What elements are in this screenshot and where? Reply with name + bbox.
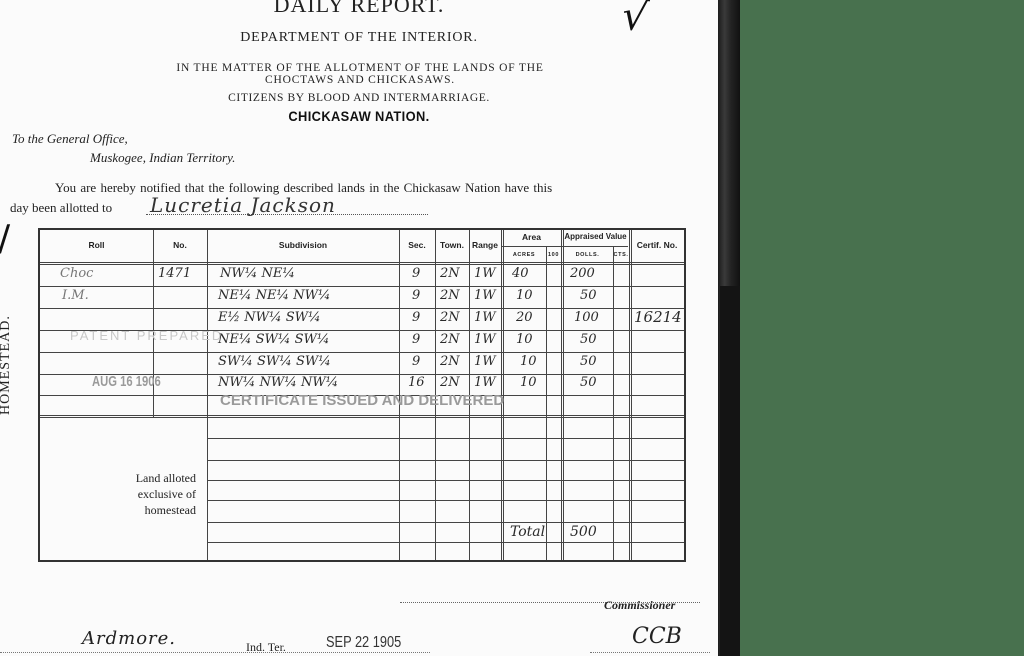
row4-subdivision: NE¼ SW¼ SW¼ (218, 332, 329, 347)
binding-edge-lower (720, 286, 740, 656)
total-label: Total (510, 524, 545, 540)
row2-range: 1W (474, 288, 496, 303)
row5-town: 2N (440, 354, 460, 369)
header-acres: ACRES (502, 252, 546, 258)
row-line (40, 352, 684, 353)
patent-prepared-stamp: PATENT PREPARED (70, 328, 223, 343)
header-roll: Roll (40, 240, 153, 250)
place-name: Ardmore. (82, 628, 176, 649)
row4-town: 2N (440, 332, 460, 347)
row2-town: 2N (440, 288, 460, 303)
row4-sec: 9 (412, 332, 420, 347)
total-value: 500 (570, 524, 597, 540)
header-subdivision: Subdivision (207, 240, 399, 250)
row1-range: 1W (474, 266, 496, 281)
addressee-line-2: Muskogee, Indian Territory. (90, 150, 235, 166)
header-town: Town. (435, 240, 469, 250)
row6-range: 1W (474, 375, 496, 390)
row1-sec: 9 (412, 266, 420, 281)
row4-dolls: 50 (580, 332, 597, 347)
land-alloted-label: Land alloted exclusive of homestead (100, 470, 196, 518)
row3-certif: 16214 (634, 308, 682, 326)
row5-sec: 9 (412, 354, 420, 369)
header-sec: Sec. (399, 240, 435, 250)
row3-sec: 9 (412, 310, 420, 325)
homestead-bottom (40, 415, 684, 418)
allotted-text: day been allotted to (10, 200, 112, 216)
row-line (207, 438, 684, 439)
matter-line-2: CHOCTAWS AND CHICKASAWS. (100, 74, 620, 86)
header-no: No. (153, 240, 207, 250)
row6-acres: 10 (520, 375, 537, 390)
row-line (207, 480, 684, 481)
matter-heading: IN THE MATTER OF THE ALLOTMENT OF THE LA… (100, 62, 620, 86)
col-divider (546, 247, 547, 560)
header-range: Range (469, 240, 501, 250)
place-dotted-line (0, 652, 430, 653)
col-divider (613, 247, 614, 560)
row5-dolls: 50 (580, 354, 597, 369)
row3-town: 2N (440, 310, 460, 325)
row-line (40, 308, 684, 309)
row2-subdivision: NE¼ NE¼ NW¼ (218, 288, 331, 303)
row2-roll: I.M. (62, 288, 89, 303)
check-mark-left-icon: / (0, 218, 10, 259)
header-certif: Certif. No. (630, 240, 684, 250)
row3-dolls: 100 (574, 310, 599, 325)
department-heading: DEPARTMENT OF THE INTERIOR. (0, 30, 718, 46)
document-page: DAILY REPORT. DEPARTMENT OF THE INTERIOR… (0, 0, 718, 656)
row3-range: 1W (474, 310, 496, 325)
row6-town: 2N (440, 375, 460, 390)
initials-dotted-line (590, 652, 710, 653)
row1-roll: Choc (60, 266, 93, 281)
row6-subdivision: NW¼ NW¼ NW¼ (218, 375, 338, 390)
row-line (207, 500, 684, 501)
row1-subdivision: NW¼ NE¼ (220, 266, 295, 281)
header-appraised-value: Appraised Value (562, 232, 629, 241)
row6-dolls: 50 (580, 375, 597, 390)
date-stamp: AUG 16 1906 (92, 373, 161, 390)
row-line (207, 460, 684, 461)
row1-no: 1471 (158, 266, 191, 281)
report-title: DAILY REPORT. (0, 0, 718, 18)
row1-town: 2N (440, 266, 460, 281)
row1-acres: 40 (512, 266, 529, 281)
row1-dolls: 200 (570, 266, 595, 281)
row6-sec: 16 (408, 375, 425, 390)
header-bottom (40, 262, 684, 265)
header-hundredths: 100 (546, 252, 561, 258)
row4-acres: 10 (516, 332, 533, 347)
row3-subdivision: E½ NW¼ SW¼ (218, 310, 321, 325)
row2-dolls: 50 (580, 288, 597, 303)
row5-subdivision: SW¼ SW¼ SW¼ (218, 354, 331, 369)
clerk-initials: CCB (632, 624, 682, 649)
row-line (207, 522, 684, 523)
row3-acres: 20 (516, 310, 533, 325)
citizens-heading: CITIZENS BY BLOOD AND INTERMARRIAGE. (0, 92, 718, 104)
certificate-stamp: CERTIFICATE ISSUED AND DELIVERED (220, 392, 504, 409)
header-subline (502, 246, 628, 247)
matter-line-1: IN THE MATTER OF THE ALLOTMENT OF THE LA… (100, 62, 620, 74)
row-line (40, 286, 684, 287)
header-cts: CTS. (613, 252, 629, 258)
commissioner-label: Commissioner (604, 598, 675, 613)
homestead-label: HOMESTEAD. (0, 315, 14, 415)
header-area: Area (502, 232, 561, 242)
row4-range: 1W (474, 332, 496, 347)
allottee-name: Lucretia Jackson (150, 193, 336, 217)
report-date: SEP 22 1905 (326, 634, 401, 652)
addressee-line-1: To the General Office, (12, 131, 128, 147)
row5-range: 1W (474, 354, 496, 369)
row5-acres: 10 (520, 354, 537, 369)
row2-sec: 9 (412, 288, 420, 303)
nation-heading: CHICKASAW NATION. (29, 108, 690, 124)
row2-acres: 10 (516, 288, 533, 303)
header-dolls: DOLLS. (562, 252, 613, 258)
row-line (207, 542, 684, 543)
